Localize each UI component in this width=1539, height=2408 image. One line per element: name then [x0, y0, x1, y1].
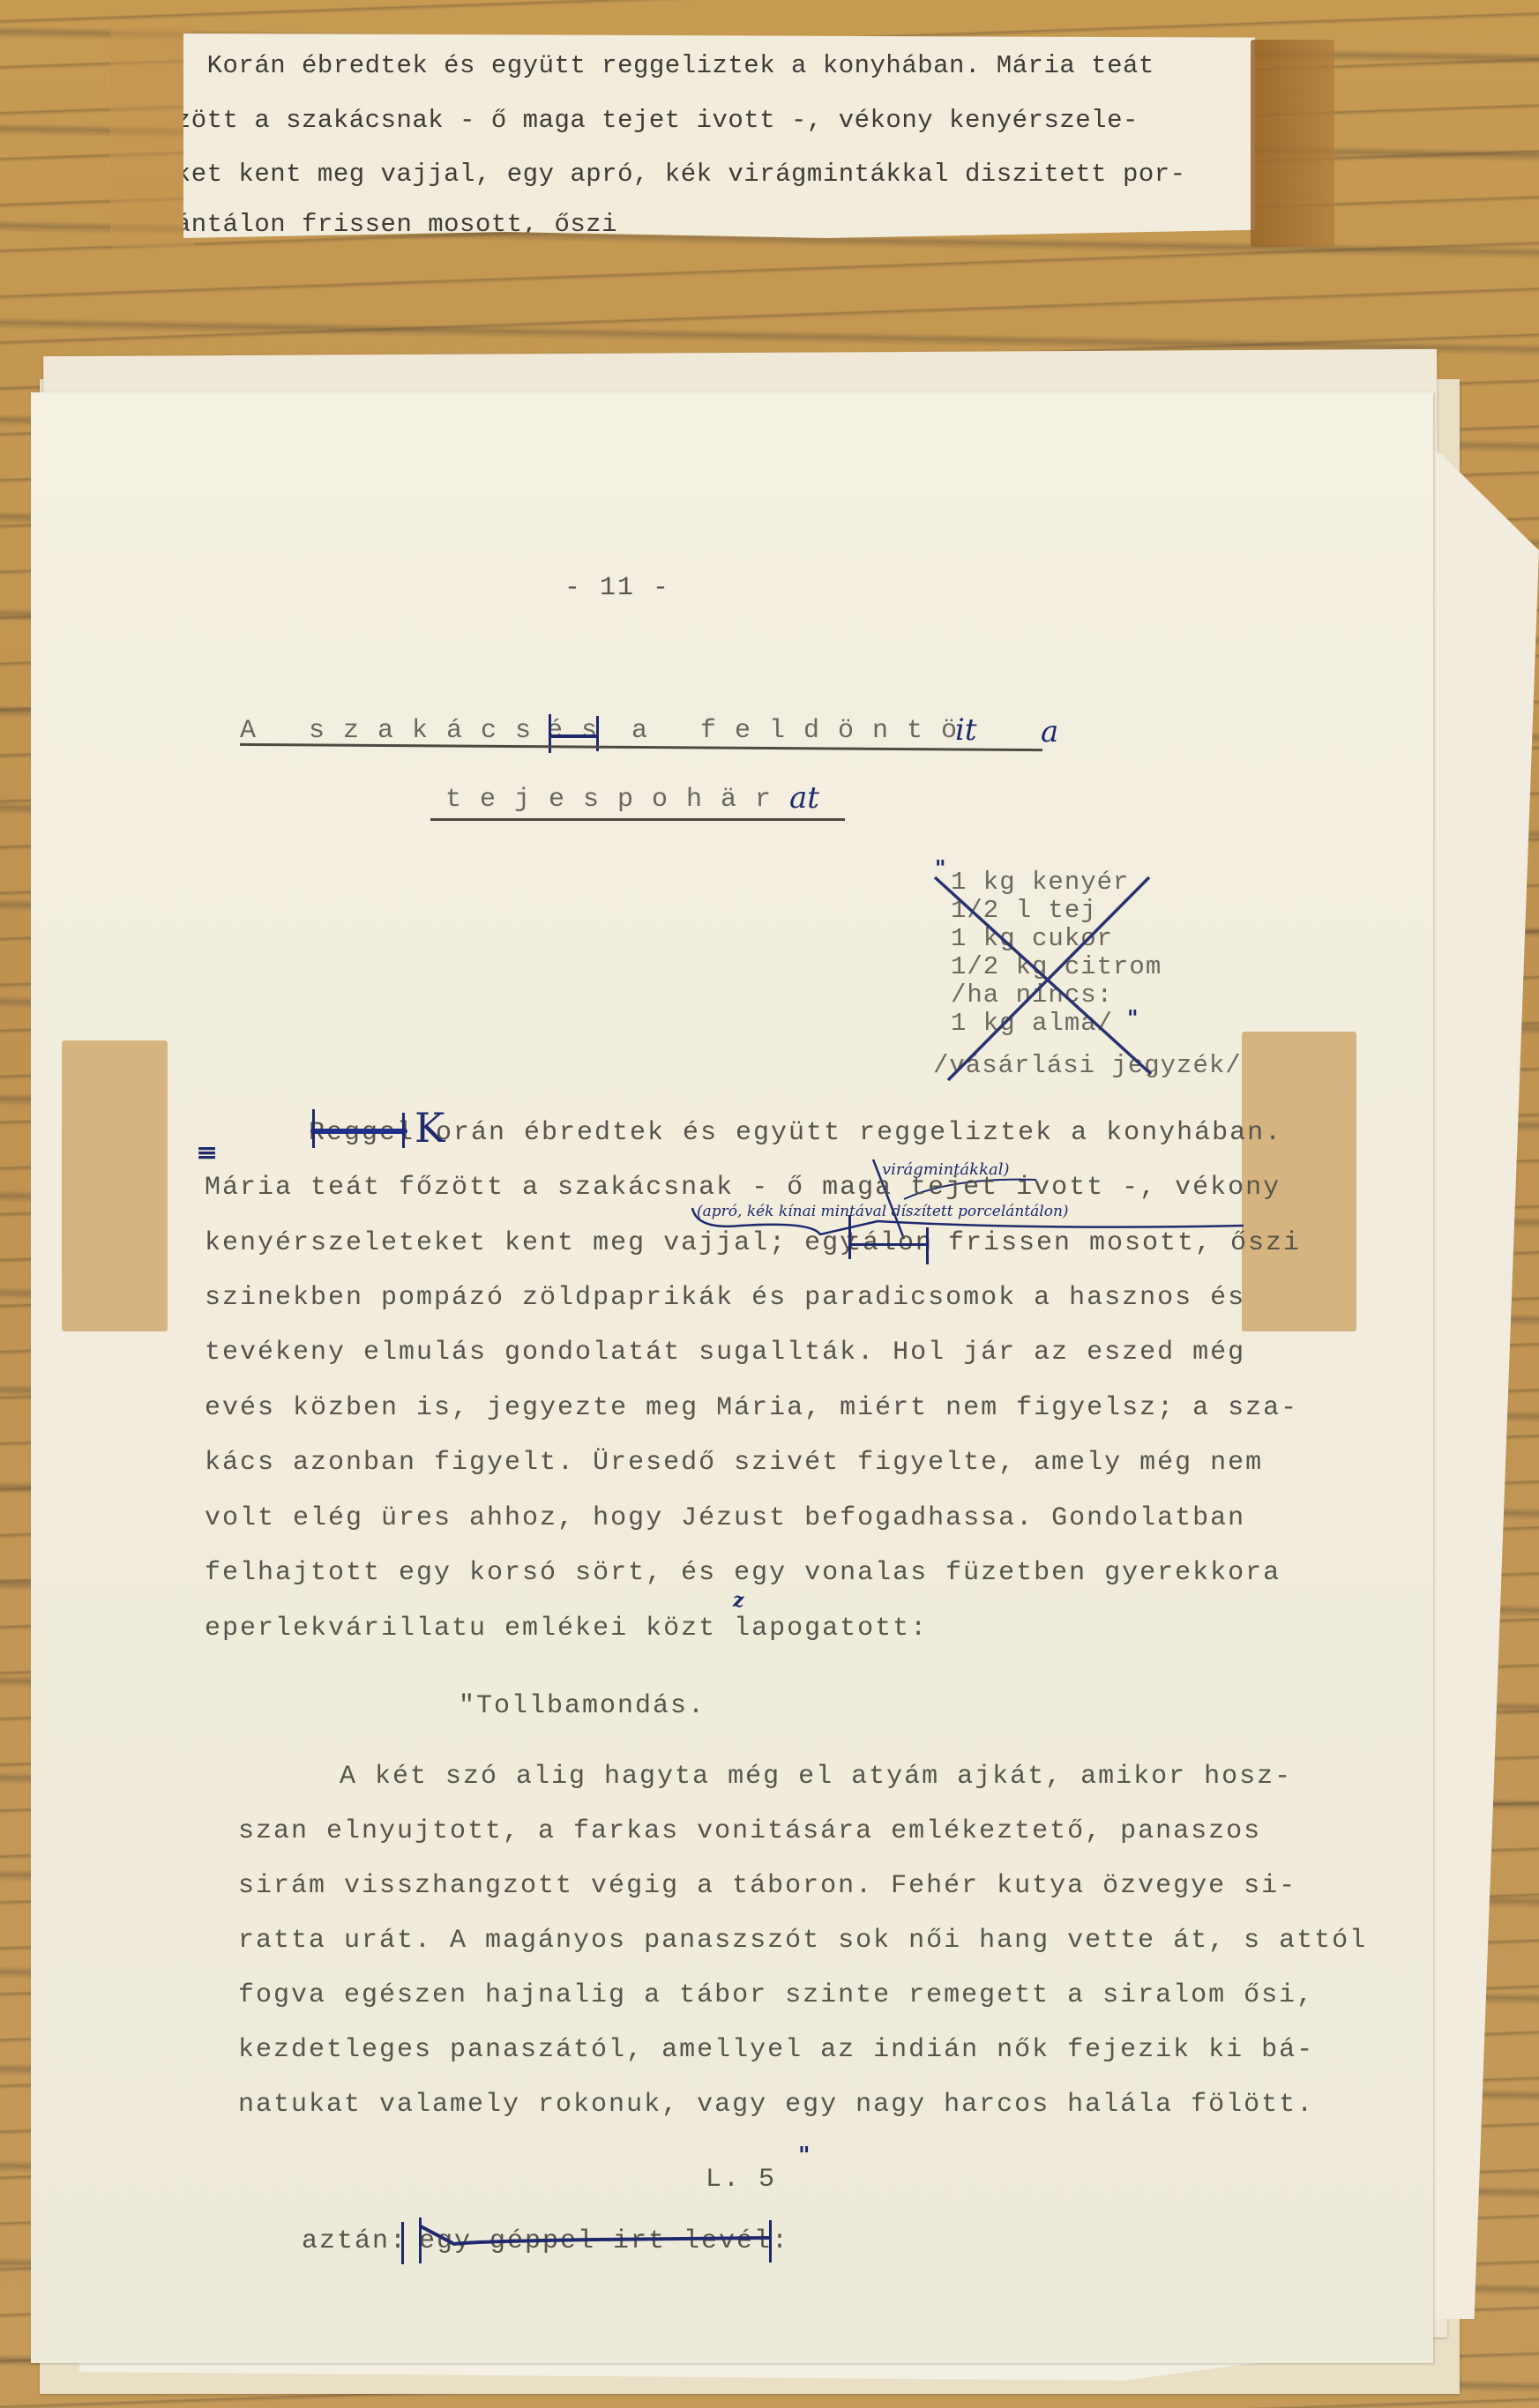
- title-struck-word: és: [547, 716, 616, 746]
- quote-line-5: fogva egészen hajnalig a tábor szinte re…: [238, 1980, 1314, 2010]
- body-line-4: szinekben pompázó zöldpaprikák és paradi…: [205, 1283, 1245, 1313]
- strikethrough-bracket-left: [312, 1109, 315, 1148]
- strikethrough-mark: [549, 734, 597, 738]
- quote-line-7: natukat valamely rokonuk, vagy egy nagy …: [238, 2090, 1314, 2120]
- body-line-8: volt elég üres ahhoz, hogy Jézust befoga…: [205, 1503, 1245, 1533]
- quote-line-4: ratta urát. A magányos panaszszót sok nő…: [238, 1926, 1367, 1956]
- reference-label: L. 5: [706, 2165, 776, 2195]
- quote-line-3: sirám visszhangzott végig a táboron. Feh…: [238, 1871, 1296, 1901]
- body-text: frissen mosott, őszi: [930, 1228, 1301, 1258]
- slip-line-1: Korán ébredtek és együtt reggeliztek a k…: [144, 51, 1154, 80]
- adhesive-tape-left-page: [62, 1040, 168, 1331]
- body-line-7: kács azonban figyelt. Üresedő szivét fig…: [205, 1448, 1263, 1478]
- strikethrough-bracket-left: [848, 1215, 851, 1259]
- body-line-10: eperlekvárillatu emlékei közt lapogatott…: [205, 1614, 928, 1644]
- body-line-9: felhajtott egy korsó sört, és egy vonala…: [205, 1558, 1281, 1588]
- strikethrough-bracket-right: [402, 1113, 405, 1148]
- quote-line-6: kezdetleges panaszától, amellyel az indi…: [238, 2035, 1314, 2065]
- quote-line-2: szan elnyujtott, a farkas vonitására eml…: [238, 1816, 1261, 1846]
- title-handwritten-insert: a: [1041, 714, 1058, 749]
- title-underline-2: [430, 818, 845, 821]
- last-line-prefix: aztán:: [302, 2226, 407, 2256]
- slip-line-4: ceántálon frissen mosott, őszi: [144, 210, 617, 239]
- slip-line-3: teket kent meg vajjal, egy apró, kék vir…: [144, 160, 1186, 189]
- title-part-1: A szakács: [240, 716, 549, 746]
- title-struck-suffix: it: [955, 712, 977, 748]
- strikethrough-bracket-right: [926, 1227, 929, 1264]
- manuscript-page: [31, 392, 1433, 2363]
- typed-paper-slip: Korán ébredtek és együtt reggeliztek a k…: [183, 34, 1255, 238]
- page-number: - 11 -: [564, 573, 670, 603]
- body-line-2: Mária teát főzött a szakácsnak - ő maga …: [205, 1173, 1281, 1203]
- margin-paragraph-mark: ≡: [196, 1137, 218, 1168]
- title-part-2: a feldöntö: [631, 716, 975, 746]
- adhesive-tape-right-slip: [1251, 40, 1334, 247]
- handwritten-insert-z: z: [733, 1589, 744, 1612]
- insertion-caret: [401, 2222, 404, 2264]
- reference-quote-mark: ": [798, 2143, 811, 2169]
- cross-out-x-icon: [930, 873, 1160, 1085]
- body-line-6: evés közben is, jegyezte meg Mária, miér…: [205, 1393, 1298, 1423]
- slip-line-2: főzött a szakácsnak - ő maga tejet ivott…: [144, 106, 1139, 135]
- strikethrough-mark: [848, 1243, 928, 1246]
- title-handwritten-suffix: at: [789, 780, 819, 816]
- adhesive-tape-left-slip: [110, 26, 194, 247]
- quote-title: "Tollbamondás.: [459, 1691, 706, 1721]
- title-part-3: tejespohär: [445, 785, 789, 815]
- quote-line-1: A két szó alig hagyta még el atyám ajkát…: [340, 1762, 1292, 1792]
- body-text: kenyérszeleteket kent meg vajjal; egy: [205, 1228, 857, 1258]
- body-line-5: tevékeny elmulás gondolatát sugallták. H…: [205, 1338, 1245, 1368]
- strikethrough-mark: [310, 1129, 407, 1134]
- strikethrough-line-icon: [419, 2222, 772, 2257]
- body-text: orán ébredtek és együtt reggeliztek a ko…: [436, 1118, 1282, 1148]
